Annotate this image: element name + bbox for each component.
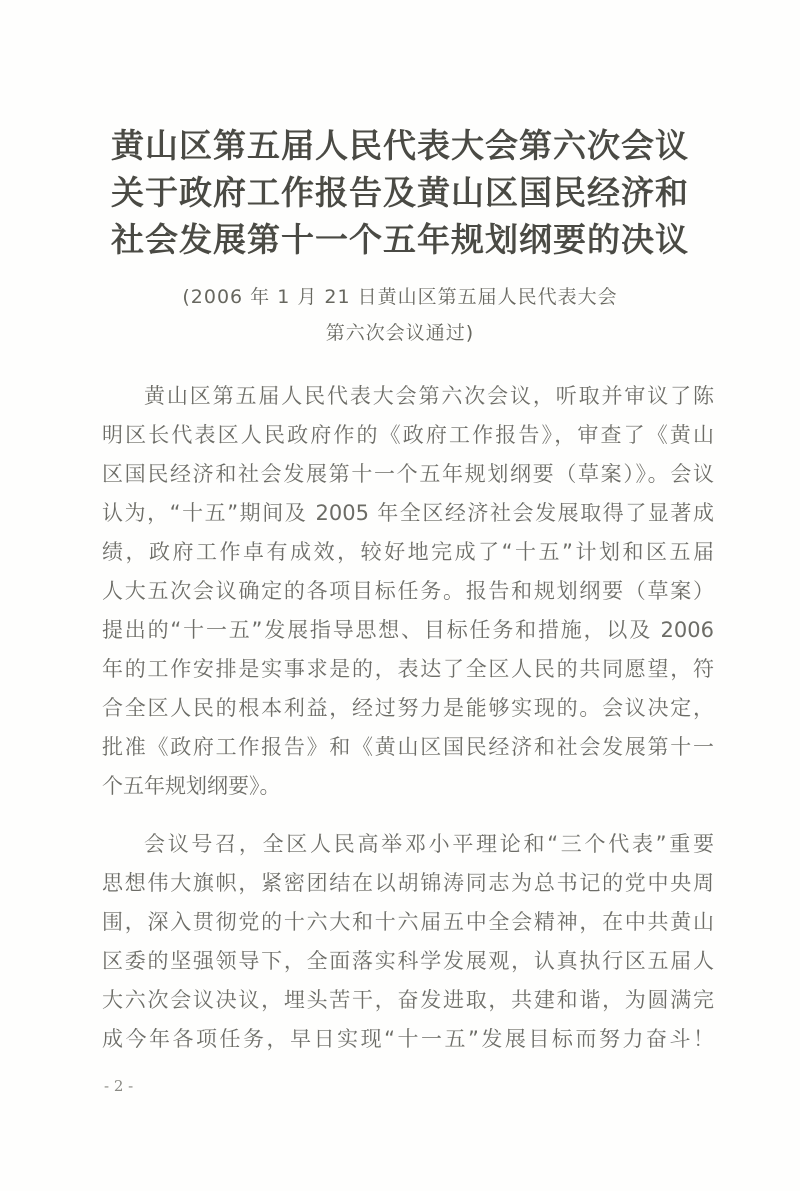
paragraph-1-line-3: 区国民经济和社会发展第十一个五年规划纲要（草案）》。会议 [102, 458, 714, 488]
paragraph-1-line-11: 个五年规划纲要》。 [102, 770, 714, 800]
paragraph-1-line-6: 人大五次会议确定的各项目标任务。报告和规划纲要（草案） [102, 575, 714, 605]
paragraph-1-line-9: 合全区人民的根本利益，经过努力是能够实现的。会议决定， [102, 692, 714, 722]
paragraph-1-line-4: 认为，“十五”期间及 2005 年全区经济社会发展取得了显著成 [102, 497, 714, 527]
paragraph-2-line-4: 区委的坚强领导下，全面落实科学发展观，认真执行区五届人 [102, 945, 714, 975]
paragraph-1-line-5: 绩，政府工作卓有成效，较好地完成了“十五”计划和区五届 [102, 536, 714, 566]
paragraph-1-line-2: 明区长代表区人民政府作的《政府工作报告》，审查了《黄山 [102, 419, 714, 449]
paragraph-1-line-7: 提出的“十一五”发展指导思想、目标任务和措施，以及 2006 [102, 614, 714, 644]
paragraph-2-line-2: 思想伟大旗帜，紧密团结在以胡锦涛同志为总书记的党中央周 [102, 867, 714, 897]
subtitle-line-2: 第六次会议通过) [0, 318, 800, 345]
paragraph-1-line-10: 批准《政府工作报告》和《黄山区国民经济和社会发展第十一 [102, 731, 714, 761]
title-line-2: 关于政府工作报告及黄山区国民经济和 [0, 167, 800, 214]
paragraph-2-line-3: 围，深入贯彻党的十六大和十六届五中全会精神，在中共黄山 [102, 906, 714, 936]
subtitle-line-1: (2006 年 1 月 21 日黄山区第五届人民代表大会 [0, 282, 800, 309]
document-page: 黄山区第五届人民代表大会第六次会议 关于政府工作报告及黄山区国民经济和 社会发展… [0, 0, 800, 1191]
paragraph-2-line-1: 会议号召，全区人民高举邓小平理论和“三个代表”重要 [144, 828, 714, 858]
paragraph-1-line-1: 黄山区第五届人民代表大会第六次会议，听取并审议了陈 [144, 380, 714, 410]
paragraph-1-line-8: 年的工作安排是实事求是的，表达了全区人民的共同愿望，符 [102, 653, 714, 683]
paragraph-2-line-6: 成今年各项任务，早日实现“十一五”发展目标而努力奋斗！ [102, 1023, 714, 1053]
title-line-1: 黄山区第五届人民代表大会第六次会议 [0, 120, 800, 167]
title-line-3: 社会发展第十一个五年规划纲要的决议 [0, 214, 800, 261]
page-number: - 2 - [104, 1077, 133, 1095]
paragraph-2-line-5: 大六次会议决议，埋头苦干，奋发进取，共建和谐，为圆满完 [102, 984, 714, 1014]
